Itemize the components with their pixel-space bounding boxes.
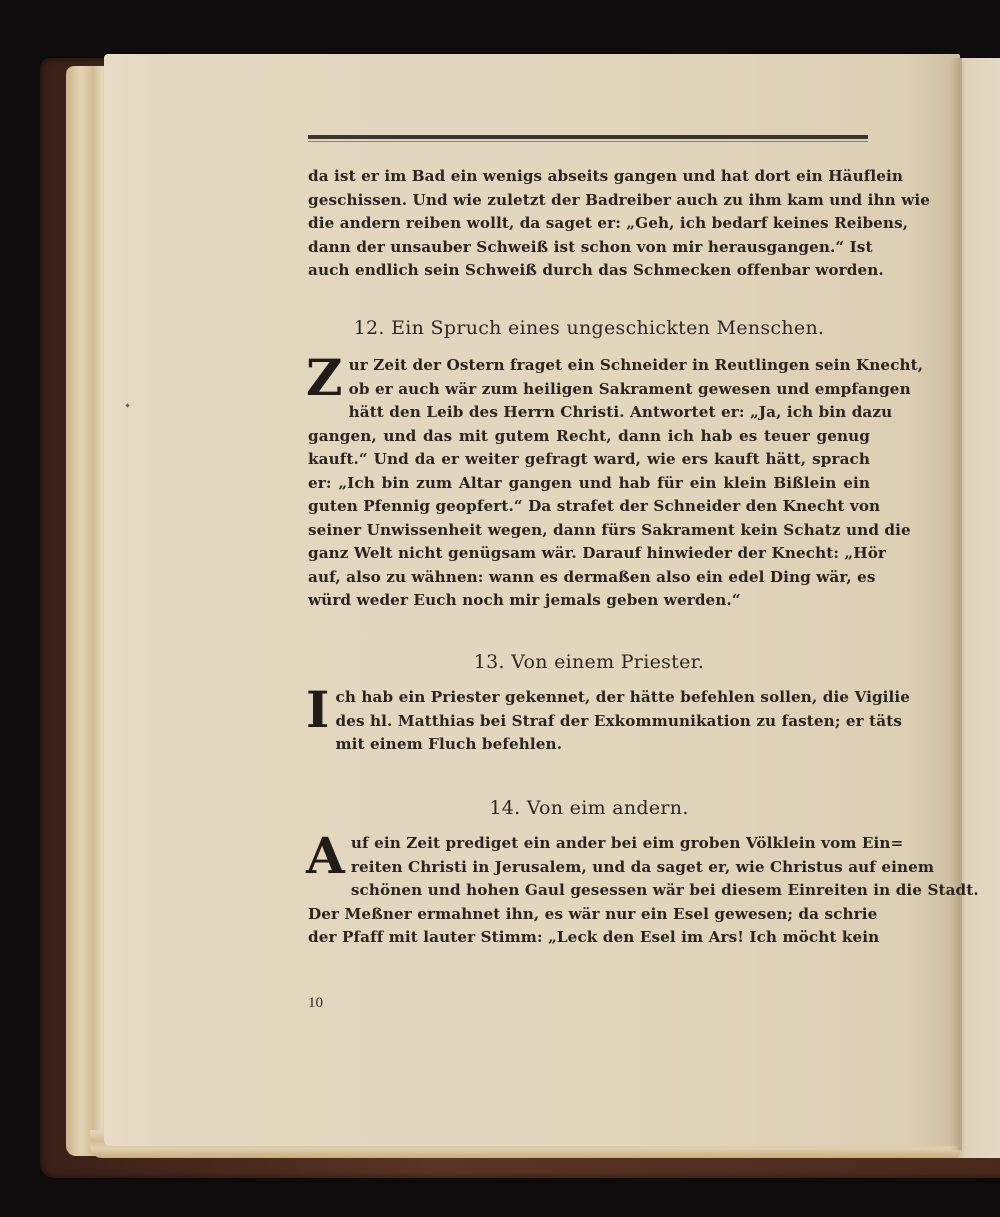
text-line: ganz Welt nicht genügsam wär. Darauf hin… xyxy=(308,542,870,566)
text-line: gangen, und das mit gutem Recht, dann ic… xyxy=(308,425,870,449)
text-line: die andern reiben wollt, da saget er: „G… xyxy=(308,212,870,236)
text-line: da ist er im Bad ein wenigs abseits gang… xyxy=(308,165,870,189)
header-rule xyxy=(308,135,868,139)
text-line: schönen und hohen Gaul gesessen wär bei … xyxy=(308,879,870,903)
gutter-shadow xyxy=(950,58,962,1150)
text-line: auf, also zu wähnen: wann es dermaßen al… xyxy=(308,566,870,590)
page-number: 10 xyxy=(308,995,323,1012)
text-line: ch hab ein Priester gekennet, der hätte … xyxy=(308,686,870,710)
drop-cap: I xyxy=(306,688,330,734)
text-line: kauft.“ Und da er weiter gefragt ward, w… xyxy=(308,448,870,472)
drop-cap: Z xyxy=(306,356,343,402)
text-line: guten Pfennig geopfert.“ Da strafet der … xyxy=(308,495,870,519)
drop-cap: A xyxy=(306,834,345,880)
text-line: geschissen. Und wie zuletzt der Badreibe… xyxy=(308,189,870,213)
section-heading-14: 14. Von eim andern. xyxy=(308,797,870,821)
text-line: uf ein Zeit prediget ein ander bei eim g… xyxy=(308,832,870,856)
text-line: hätt den Leib des Herrn Christi. Antwort… xyxy=(308,401,870,425)
text-line: reiten Christi in Jerusalem, und da sage… xyxy=(308,856,870,880)
text-line: ob er auch wär zum heiligen Sakrament ge… xyxy=(308,378,870,402)
page-text: da ist er im Bad ein wenigs abseits gang… xyxy=(308,165,870,950)
text-line: er: „Ich bin zum Altar gangen und hab fü… xyxy=(308,472,870,496)
text-line: dann der unsauber Schweiß ist schon von … xyxy=(308,236,870,260)
text-line: auch endlich sein Schweiß durch das Schm… xyxy=(308,259,870,283)
section-13-paragraph: I ch hab ein Priester gekennet, der hätt… xyxy=(308,686,870,757)
text-line: mit einem Fluch befehlen. xyxy=(308,733,870,757)
text-line: würd weder Euch noch mir jemals geben we… xyxy=(308,589,870,613)
section-12-paragraph: Z ur Zeit der Ostern fraget ein Schneide… xyxy=(308,354,870,613)
text-line: Der Meßner ermahnet ihn, es wär nur ein … xyxy=(308,903,870,927)
header-rule-thin xyxy=(308,141,868,142)
section-heading-13: 13. Von einem Priester. xyxy=(308,651,870,675)
text-line: des hl. Matthias bei Straf der Exkommuni… xyxy=(308,710,870,734)
section-heading-12: 12. Ein Spruch eines ungeschickten Mensc… xyxy=(308,317,870,341)
continuation-paragraph: da ist er im Bad ein wenigs abseits gang… xyxy=(308,165,870,283)
text-line: der Pfaff mit lauter Stimm: „Leck den Es… xyxy=(308,926,870,950)
text-line: ur Zeit der Ostern fraget ein Schneider … xyxy=(308,354,870,378)
text-line: seiner Unwissenheit wegen, dann fürs Sak… xyxy=(308,519,870,543)
section-14-paragraph: A uf ein Zeit prediget ein ander bei eim… xyxy=(308,832,870,950)
facing-page-edge xyxy=(958,58,1000,1158)
